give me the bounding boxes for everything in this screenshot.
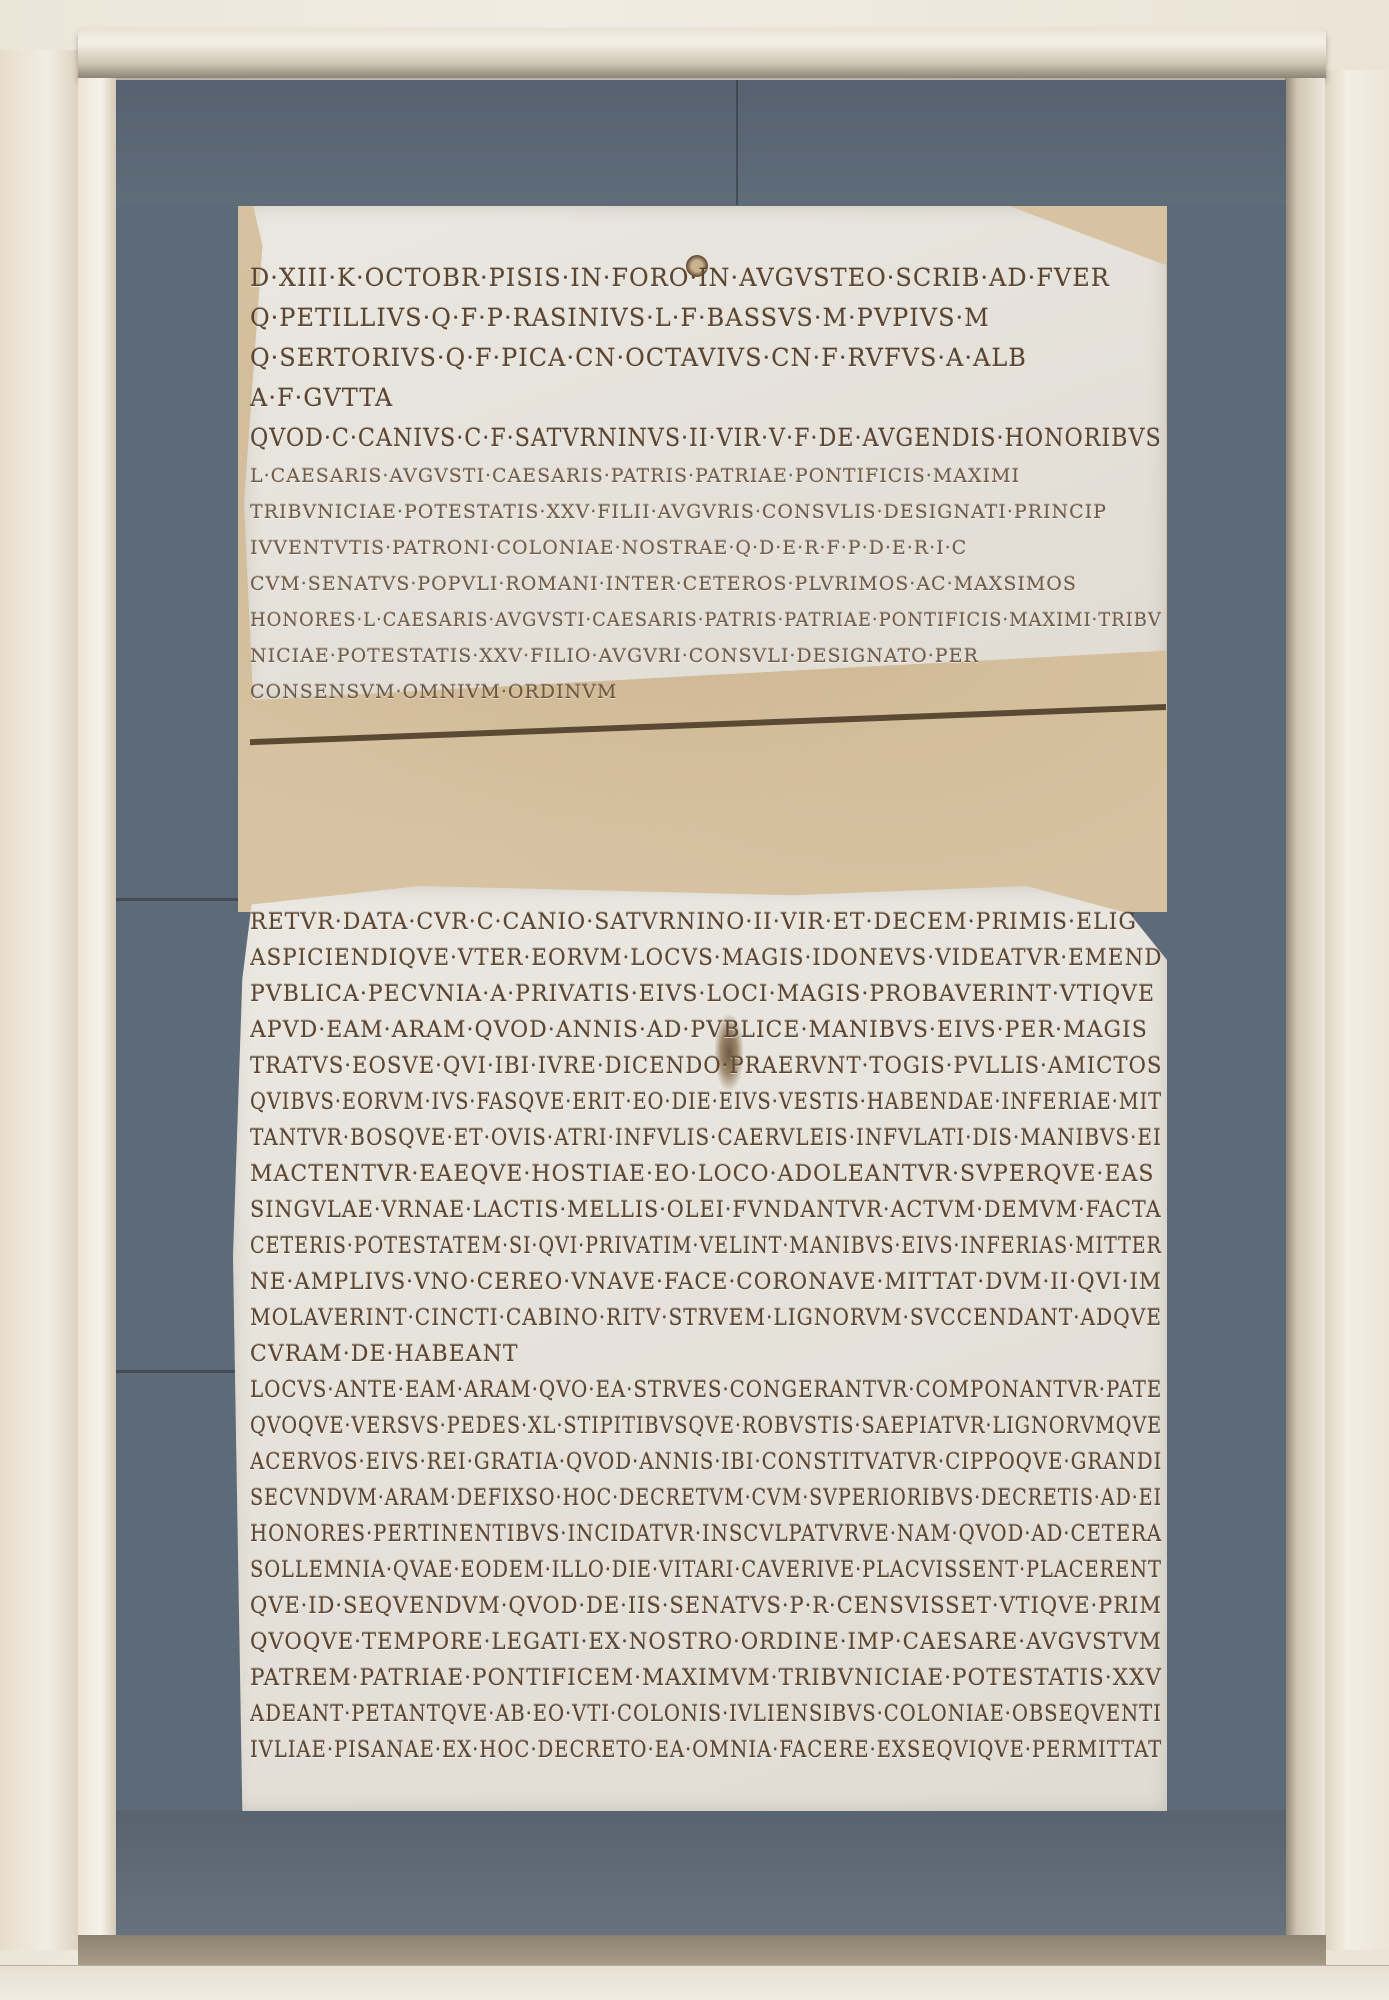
inscription-line: MOLAVERINT·CINCTI·CABINO·RITV·STRVEM·LIG… (250, 1301, 1162, 1337)
lower-inscription-text: RETVR·DATA·CVR·C·CANIO·SATVRNINO·II·VIR·… (250, 905, 1162, 1769)
inscription-line: CVRAM·DE·HABEANT (250, 1337, 1162, 1373)
top-cornice-molding (78, 28, 1326, 78)
upper-inscription-text: D·XIII·K·OCTOBR·PISIS·IN·FORO·IN·AVGVSTE… (250, 258, 1162, 710)
inscription-line: APVD·EAM·ARAM·QVOD·ANNIS·AD·PVBLICE·MANI… (250, 1013, 1162, 1049)
bottom-sill (78, 1935, 1326, 1965)
frame-top-panel (116, 80, 1286, 205)
inscription-line: PVBLICA·PECVNIA·A·PRIVATIS·EIVS·LOCI·MAG… (250, 977, 1162, 1013)
inscription-line: HONORES·PERTINENTIBVS·INCIDATVR·INSCVLPA… (250, 1517, 1162, 1553)
inscription-line: TRIBVNICIAE·POTESTATIS·XXV·FILII·AVGVRIS… (250, 494, 1162, 530)
inscription-line: IVLIAE·PISANAE·EX·HOC·DECRETO·EA·OMNIA·F… (250, 1733, 1162, 1769)
inscription-line: Q·SERTORIVS·Q·F·PICA·CN·OCTAVIVS·CN·F·RV… (250, 338, 1162, 378)
marble-base (0, 1965, 1389, 2000)
inscription-line: SINGVLAE·VRNAE·LACTIS·MELLIS·OLEI·FVNDAN… (250, 1193, 1162, 1229)
inscription-line: NE·AMPLIVS·VNO·CEREO·VNAVE·FACE·CORONAVE… (250, 1265, 1162, 1301)
inscription-line: PATREM·PATRIAE·PONTIFICEM·MAXIMVM·TRIBVN… (250, 1661, 1162, 1697)
inscription-line: TANTVR·BOSQVE·ET·OVIS·ATRI·INFVLIS·CAERV… (250, 1121, 1162, 1157)
inscription-line: Q·PETILLIVS·Q·F·P·RASINIVS·L·F·BASSVS·M·… (250, 298, 1162, 338)
inscription-line: TRATVS·EOSVE·QVI·IBI·IVRE·DICENDO·PRAERV… (250, 1049, 1162, 1085)
inscription-line: QVOD·C·CANIVS·C·F·SATVRNINVS·II·VIR·V·F·… (250, 418, 1162, 458)
frame-bottom-panel (116, 1810, 1286, 1935)
inscription-line: IVVENTVTIS·PATRONI·COLONIAE·NOSTRAE·Q·D·… (250, 530, 1162, 566)
frame-seam (736, 80, 738, 205)
white-marble-wall-right (1317, 70, 1389, 1950)
inscription-line: RETVR·DATA·CVR·C·CANIO·SATVRNINO·II·VIR·… (250, 905, 1162, 941)
inscription-line: QVE·ID·SEQVENDVM·QVOD·DE·IIS·SENATVS·P·R… (250, 1589, 1162, 1625)
inscription-line: NICIAE·POTESTATIS·XXV·FILIO·AVGVRI·CONSV… (250, 638, 1162, 674)
inscription-line: SECVNDVM·ARAM·DEFIXSO·HOC·DECRETVM·CVM·S… (250, 1481, 1162, 1517)
inscription-line: ASPICIENDIQVE·VTER·EORVM·LOCVS·MAGIS·IDO… (250, 941, 1162, 977)
inscription-line: MACTENTVR·EAEQVE·HOSTIAE·EO·LOCO·ADOLEAN… (250, 1157, 1162, 1193)
inscription-line: L·CAESARIS·AVGVSTI·CAESARIS·PATRIS·PATRI… (250, 458, 1162, 494)
inscription-line: QVOQVE·VERSVS·PEDES·XL·STIPITIBVSQVE·ROB… (250, 1409, 1162, 1445)
marble-jamb-right (1285, 78, 1325, 1948)
inscription-line: ACERVOS·EIVS·REI·GRATIA·QVOD·ANNIS·IBI·C… (250, 1445, 1162, 1481)
inscription-line: HONORES·L·CAESARIS·AVGVSTI·CAESARIS·PATR… (250, 602, 1162, 638)
inscription-line: QVOQVE·TEMPORE·LEGATI·EX·NOSTRO·ORDINE·I… (250, 1625, 1162, 1661)
inscription-line: SOLLEMNIA·QVAE·EODEM·ILLO·DIE·VITARI·CAV… (250, 1553, 1162, 1589)
inscription-line: CETERIS·POTESTATEM·SI·QVI·PRIVATIM·VELIN… (250, 1229, 1162, 1265)
inscription-line: CVM·SENATVS·POPVLI·ROMANI·INTER·CETEROS·… (250, 566, 1162, 602)
white-marble-wall-left (0, 50, 80, 1950)
inscription-line: A·F·GVTTA (250, 378, 1162, 418)
inscription-line: ADEANT·PETANTQVE·AB·EO·VTI·COLONIS·IVLIE… (250, 1697, 1162, 1733)
inscription-line: QVIBVS·EORVM·IVS·FASQVE·ERIT·EO·DIE·EIVS… (250, 1085, 1162, 1121)
frame-seam (116, 1370, 238, 1373)
frame-seam (116, 898, 238, 901)
inscription-line: CONSENSVM·OMNIVM·ORDINVM (250, 674, 1162, 710)
marble-jamb-left (78, 78, 116, 1948)
inscription-line: D·XIII·K·OCTOBR·PISIS·IN·FORO·IN·AVGVSTE… (250, 258, 1162, 298)
inscription-line: LOCVS·ANTE·EAM·ARAM·QVO·EA·STRVES·CONGER… (250, 1373, 1162, 1409)
